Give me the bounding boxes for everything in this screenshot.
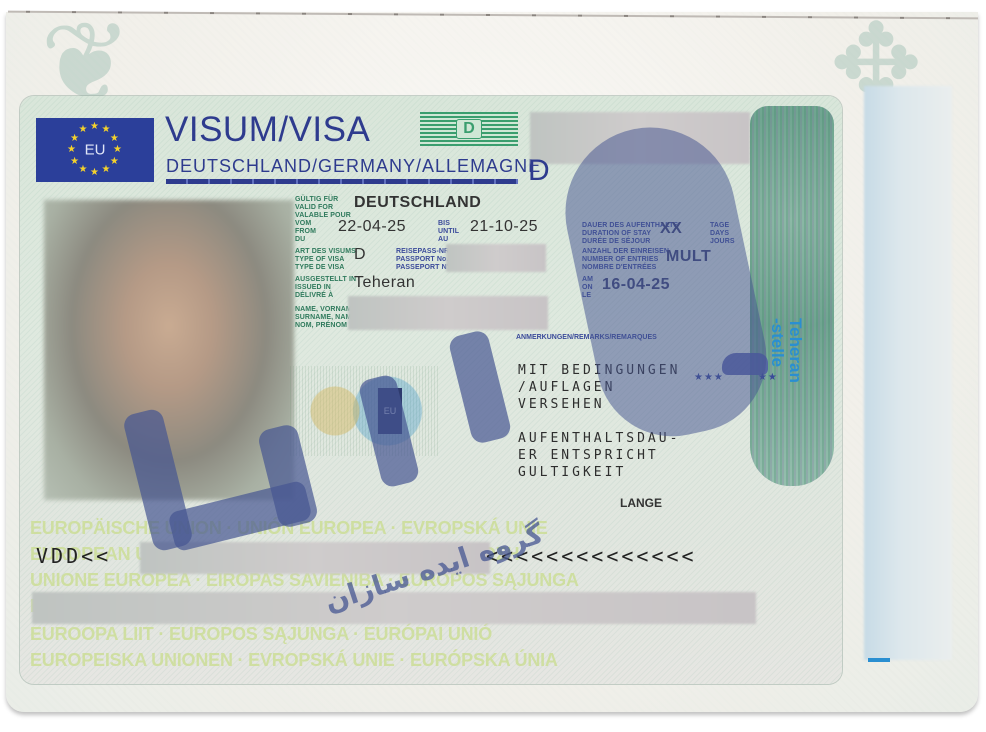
eu-star-icon: ★: [70, 157, 79, 167]
stamp-line-2: -stelle: [768, 318, 786, 383]
stamp-line-1: Teheran: [786, 318, 804, 383]
label-until: BIS UNTIL AU: [438, 220, 459, 244]
watermark-shape-5: [447, 329, 512, 445]
eu-star-icon: ★: [102, 165, 111, 175]
issuing-office-stamp: Teheran -stelle: [768, 318, 804, 383]
label-type-of-visa: ART DES VISUMS TYPE OF VISA TYPE DE VISA: [295, 248, 356, 272]
eu-star-icon: ★: [90, 168, 99, 178]
visa-country-line: DEUTSCHLAND/GERMANY/ALLEMAGNE: [166, 156, 541, 177]
eu-band-5: EUROOPA LIIT · EUROPOS SĄJUNGA · EURÓPAI…: [30, 624, 492, 645]
eu-star-icon: ★: [110, 157, 119, 167]
redacted-name: [348, 296, 548, 330]
eu-star-icon: ★: [113, 145, 122, 155]
visa-category-letter: D: [528, 154, 550, 188]
value-type-of-visa: D: [354, 246, 366, 264]
visa-sticker: EU ★★★★★★★★★★★★ VISUM/VISA DEUTSCHLAND/G…: [20, 96, 842, 684]
eu-star-icon: ★: [79, 165, 88, 175]
country-code-letter: D: [456, 119, 482, 139]
eu-band-6: EUROPEISKA UNIONEN · EVROPSKÁ UNIE · EUR…: [30, 650, 558, 671]
redacted-side-strip: [864, 86, 952, 660]
eu-flag: EU ★★★★★★★★★★★★: [36, 118, 154, 182]
country-code-emblem: D: [420, 112, 518, 146]
label-passport-no: REISEPASS-NR PASSPORT No. PASSEPORT N°: [396, 248, 450, 272]
label-valid-for: GÜLTIG FÜR VALID FOR VALABLE POUR: [295, 196, 351, 220]
eu-badge-label: EU: [85, 142, 106, 159]
eu-stars-icon: EU ★★★★★★★★★★★★: [66, 121, 124, 179]
visa-title: VISUM/VISA: [165, 110, 370, 150]
value-from: 22-04-25: [338, 218, 406, 236]
officer-signature-name: LANGE: [620, 496, 662, 510]
redacted-passport-no: [446, 244, 546, 272]
eu-star-icon: ★: [79, 125, 88, 135]
value-issued-in: Teheran: [354, 274, 415, 292]
stamp-fragment: [868, 658, 890, 662]
microprint-band: [166, 179, 518, 184]
optically-variable-device: [750, 106, 834, 486]
eu-star-icon: ★: [90, 122, 99, 132]
mrz-line-1-prefix: VDD<<: [36, 544, 111, 568]
eu-star-icon: ★: [67, 145, 76, 155]
value-until: 21-10-25: [470, 218, 538, 236]
label-issued-in: AUSGESTELLT IN ISSUED IN DÉLIVRÉ À: [295, 276, 356, 300]
label-from: VOM FROM DU: [295, 220, 316, 244]
value-valid-for: DEUTSCHLAND: [354, 194, 481, 212]
eu-star-icon: ★: [110, 134, 119, 144]
